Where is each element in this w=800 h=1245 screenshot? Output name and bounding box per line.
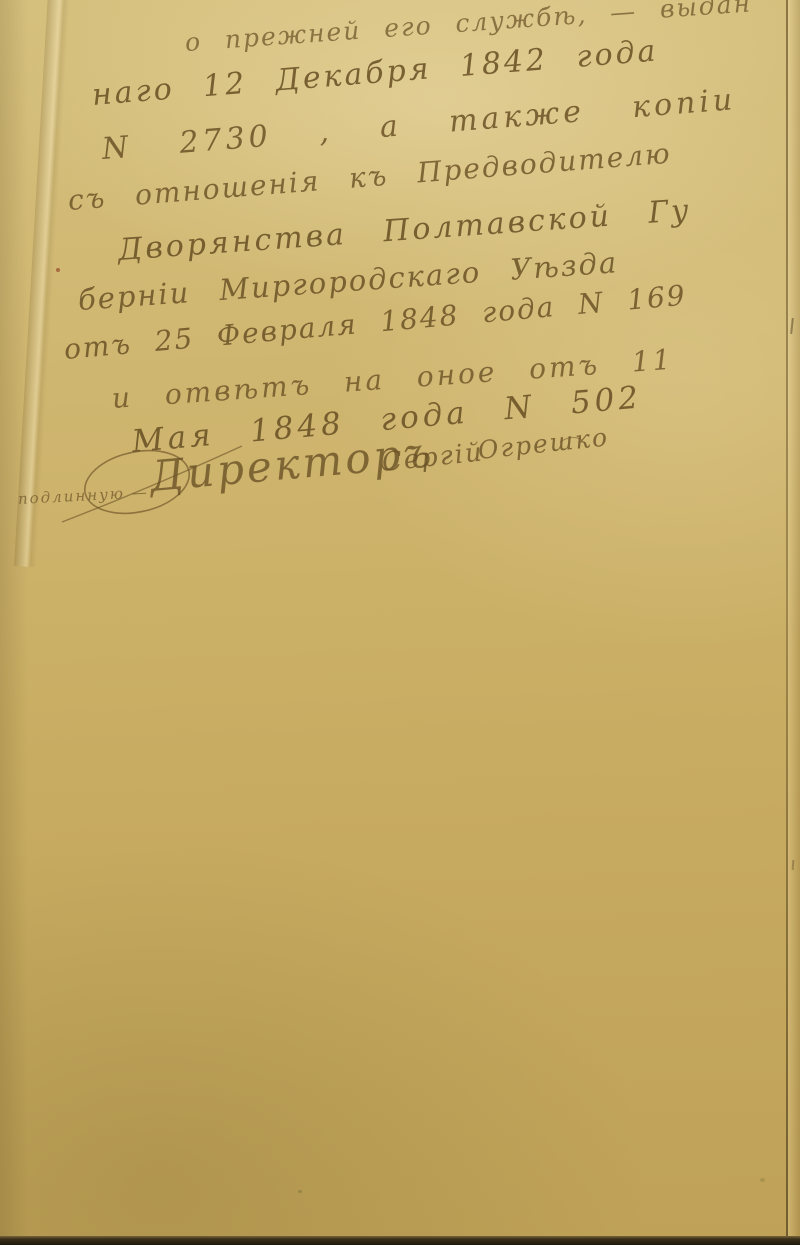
page-right-edge	[786, 0, 788, 1245]
ink-speck	[56, 268, 60, 272]
signature-surname: Огрешко	[476, 422, 610, 465]
paper-speck	[760, 1178, 765, 1182]
scan-bottom-edge	[0, 1236, 800, 1245]
left-gutter-shadow	[0, 0, 28, 1245]
page-right-margin-strip	[788, 0, 800, 1245]
manuscript-page: о прежней его службѣ, — выдан наго 12 Де…	[0, 0, 800, 1245]
paper-speck	[298, 1190, 302, 1193]
